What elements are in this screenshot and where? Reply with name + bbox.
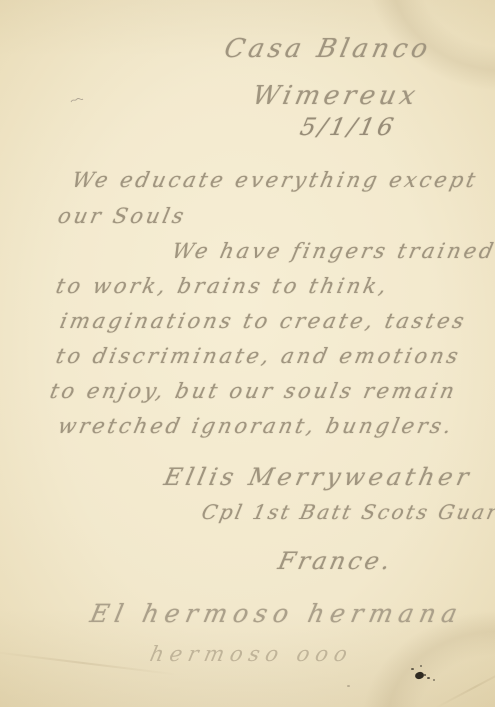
postscript-line: El hermoso hermana [88,601,465,626]
quote-line: our Souls [56,206,188,227]
quote-line: We have fingers trained [170,241,495,262]
quote-line: to enjoy, but our souls remain [48,381,459,402]
quote-line: to discriminate, and emotions [54,346,463,367]
quote-line: We educate everything except [70,170,480,191]
ink-blot [406,662,446,688]
letter-town: Wimereux [250,83,421,109]
quote-line: to work, brains to think, [54,276,391,297]
letter-date: 5/1/16 [298,115,398,139]
album-page: Casa Blanco Wimereux 5/1/16 We educate e… [0,0,495,707]
pencil-mark [70,96,84,104]
signature-name: Ellis Merryweather [162,465,475,489]
signature-location: France. [276,549,395,573]
quote-line: imaginations to create, tastes [58,311,469,332]
letter-place: Casa Blanco [222,36,434,62]
quote-line: wretched ignorant, bunglers. [56,416,456,437]
postscript-line: hermoso ooo [148,644,355,665]
paper-speck [347,685,350,687]
signature-rank-unit: Cpl 1st Batt Scots Guards [200,502,495,522]
